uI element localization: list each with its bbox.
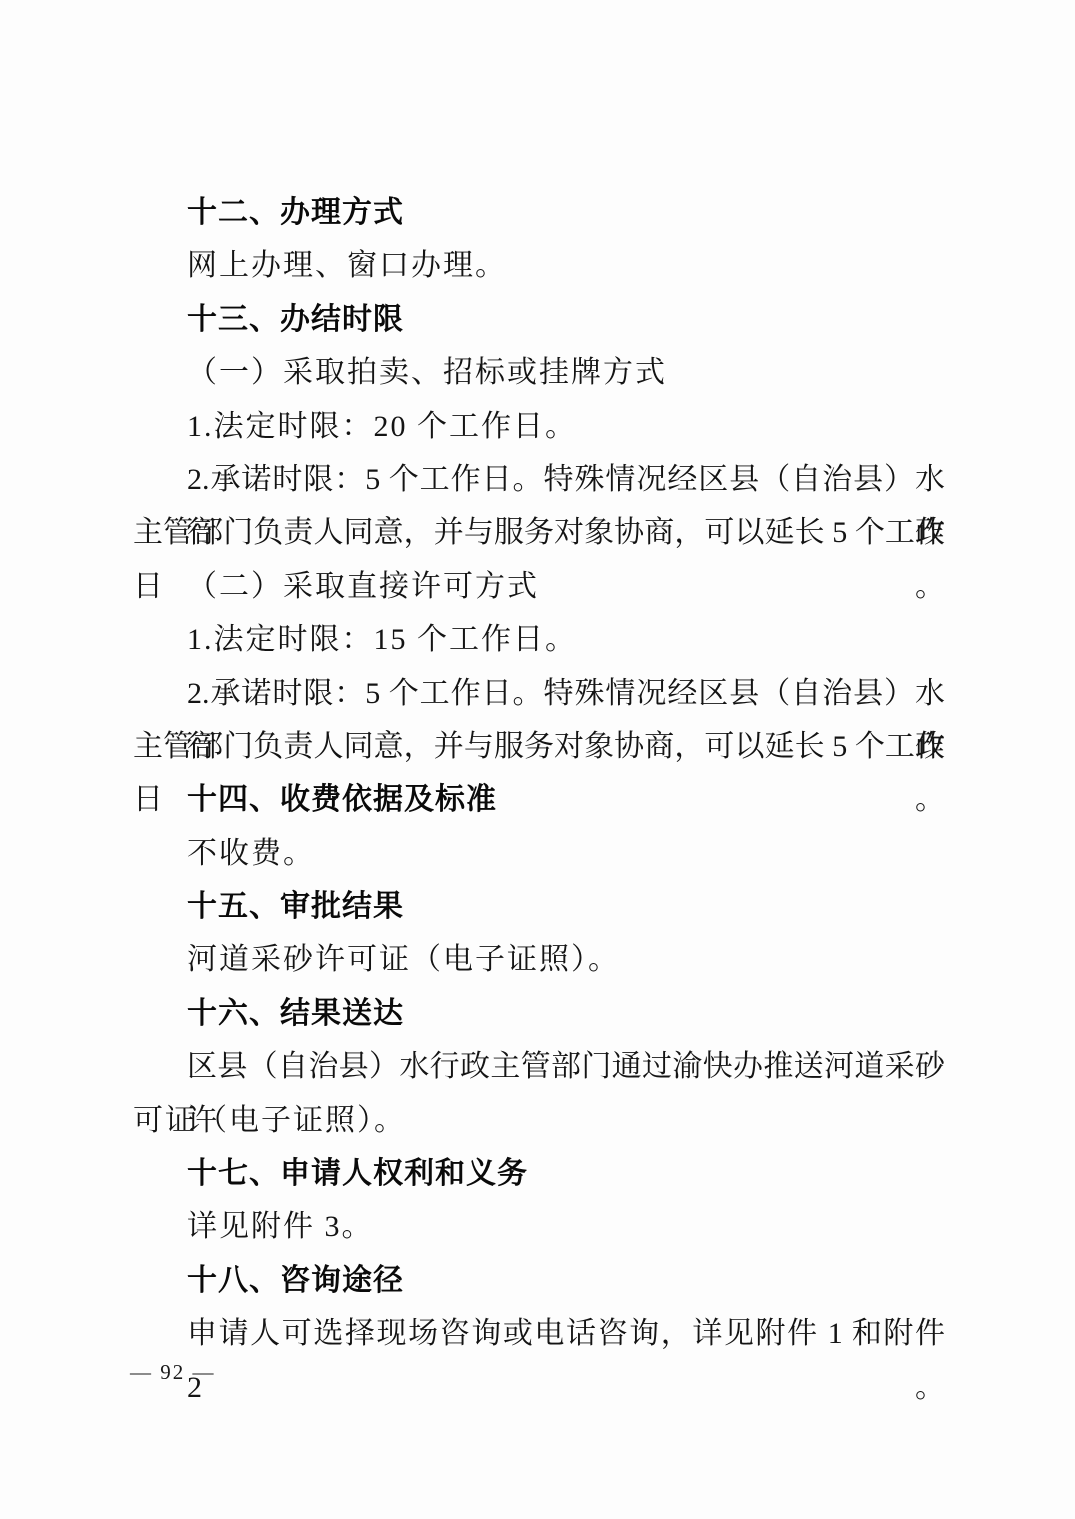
text-line: 网上办理、窗口办理。: [133, 239, 945, 292]
document-page: 十二、办理方式网上办理、窗口办理。十三、办结时限（一）采取拍卖、招标或挂牌方式1…: [0, 0, 1075, 1519]
text-line: （一）采取拍卖、招标或挂牌方式: [133, 346, 945, 399]
text-line: 2.承诺时限：5 个工作日。特殊情况经区县（自治县）水行政: [133, 453, 945, 506]
text-line: 不收费。: [133, 827, 945, 880]
section-heading: 十三、办结时限: [133, 293, 945, 346]
section-heading: 十五、审批结果: [133, 880, 945, 933]
document-lines: 十二、办理方式网上办理、窗口办理。十三、办结时限（一）采取拍卖、招标或挂牌方式1…: [133, 186, 945, 1361]
text-line: 详见附件 3。: [133, 1200, 945, 1253]
text-line: 1.法定时限：15 个工作日。: [133, 613, 945, 666]
section-heading: 十六、结果送达: [133, 987, 945, 1040]
text-line: 河道采砂许可证（电子证照）。: [133, 933, 945, 986]
section-heading: 十二、办理方式: [133, 186, 945, 239]
text-line: 主管部门负责人同意，并与服务对象协商，可以延长 5 个工作日。: [133, 720, 945, 773]
text-line: 可证（电子证照）。: [133, 1094, 945, 1147]
section-heading: 十七、申请人权利和义务: [133, 1147, 945, 1200]
text-line: 2.承诺时限：5 个工作日。特殊情况经区县（自治县）水行政: [133, 667, 945, 720]
text-line: 1.法定时限：20 个工作日。: [133, 400, 945, 453]
text-line: 主管部门负责人同意，并与服务对象协商，可以延长 5 个工作日。: [133, 506, 945, 559]
text-line: 申请人可选择现场咨询或电话咨询，详见附件 1 和附件 2。: [133, 1307, 945, 1360]
section-heading: 十八、咨询途径: [133, 1254, 945, 1307]
text-line: 区县（自治县）水行政主管部门通过渝快办推送河道采砂许: [133, 1040, 945, 1093]
page-number: — 92 —: [130, 1360, 216, 1385]
